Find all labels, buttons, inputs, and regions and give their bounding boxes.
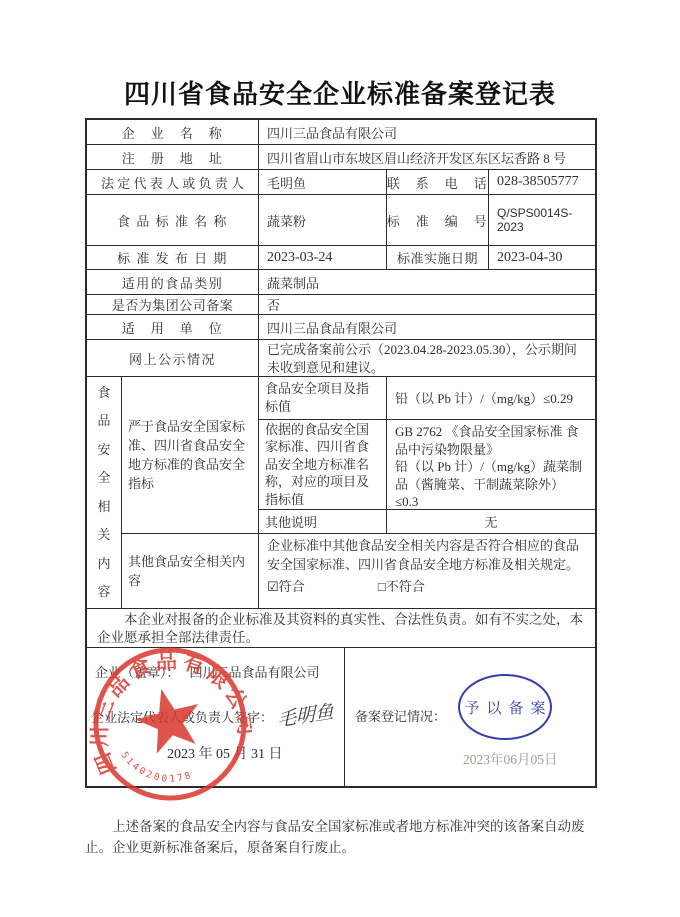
basis-value-line1: GB 2762 《食品安全国家标准 食品中污染物限量》 — [395, 423, 587, 458]
signature-section: 企业（盖章）：四川三品食品有限公司 企业法定代表人或负责人签字：毛明鱼 2023… — [87, 648, 595, 786]
signature-label: 企业法定代表人或负责人签字： — [91, 710, 273, 725]
safety-vertical-header: 食品安全相关内容 — [87, 377, 122, 608]
unit-value: 四川三品食品有限公司 — [259, 315, 595, 339]
address-label: 注 册 地 址 — [87, 145, 259, 169]
row-standard-name: 食 品 标 准 名 称 蔬菜粉 标 准 编 号 Q/SPS0014S-2023 — [87, 195, 595, 246]
stricter-rows: 食品安全项目及指标值 铅（以 Pb 计）/（mg/kg）≤0.29 依据的食品安… — [259, 377, 595, 533]
document-page: 四川省食品安全企业标准备案登记表 企 业 名 称 四川三品食品有限公司 注 册 … — [0, 0, 680, 917]
approval-stamp-date: 2023年06月05日 — [463, 748, 558, 768]
company-seal-label: 企业（盖章）： — [95, 665, 180, 680]
compliance-checkboxes: ☑符合 □不符合 — [267, 578, 587, 597]
checkbox-noncompliant: □不符合 — [378, 579, 425, 594]
standard-name-value: 蔬菜粉 — [259, 195, 387, 245]
other-safety-statement: 企业标准中其他食品安全相关内容是否符合相应的食品安全国家标准、四川省食品安全地方… — [267, 538, 579, 572]
approval-stamp-text: 予以备案 — [458, 697, 553, 718]
safety-body: 严于食品安全国家标准、四川省食品安全地方标准的食品安全指标 食品安全项目及指标值… — [122, 377, 595, 608]
row-publicity: 网上公示情况 已完成备案前公示（2023.04.28-2023.05.30），公… — [87, 340, 595, 377]
row-unit: 适 用 单 位 四川三品食品有限公司 — [87, 315, 595, 340]
declaration-text: 本企业对报备的企业标准及其资料的真实性、合法性负责。如有不实之处，本企业愿承担全… — [87, 609, 595, 647]
publish-date-value: 2023-03-24 — [259, 246, 387, 269]
basis-value-line2: 铅（以 Pb 计）/（mg/kg）蔬菜制品（酱腌菜、干制蔬菜除外）≤0.3 — [395, 458, 587, 509]
row-company: 企 业 名 称 四川三品食品有限公司 — [87, 120, 595, 145]
registration-cell: 备案登记情况： 予以备案 2023年06月05日 — [345, 648, 595, 786]
registration-form-table: 企 业 名 称 四川三品食品有限公司 注 册 地 址 四川省眉山市东坡区眉山经济… — [85, 118, 597, 788]
group-filing-value: 否 — [259, 295, 595, 314]
category-label: 适用的食品类别 — [87, 270, 259, 294]
publicity-label: 网上公示情况 — [87, 340, 259, 376]
declaration-row: 本企业对报备的企业标准及其资料的真实性、合法性负责。如有不实之处，本企业愿承担全… — [87, 609, 595, 648]
standard-no-value: Q/SPS0014S-2023 — [489, 195, 595, 245]
safety-section: 食品安全相关内容 严于食品安全国家标准、四川省食品安全地方标准的食品安全指标 食… — [87, 377, 595, 609]
safety-vertical-label: 食品安全相关内容 — [96, 379, 112, 607]
basis-label: 依据的食品安全国家标准、四川省食品安全地方标准名称，对应的项目及指标值 — [259, 420, 387, 509]
other-note-label: 其他说明 — [259, 510, 387, 533]
standard-no-label: 标 准 编 号 — [387, 195, 489, 245]
registration-label: 备案登记情况： — [355, 706, 446, 725]
project-label: 食品安全项目及指标值 — [259, 377, 387, 419]
impl-date-label: 标准实施日期 — [387, 246, 489, 269]
company-name-value: 四川三品食品有限公司 — [259, 120, 595, 144]
other-note-row: 其他说明 无 — [259, 510, 595, 533]
standard-name-label: 食 品 标 准 名 称 — [87, 195, 259, 245]
company-sign-cell: 企业（盖章）：四川三品食品有限公司 企业法定代表人或负责人签字：毛明鱼 2023… — [87, 648, 345, 786]
other-safety-group: 其他食品安全相关内容 企业标准中其他食品安全相关内容是否符合相应的食品安全国家标… — [122, 534, 595, 608]
impl-date-value: 2023-04-30 — [489, 246, 595, 269]
signature-line: 企业法定代表人或负责人签字：毛明鱼 — [91, 701, 334, 728]
row-category: 适用的食品类别 蔬菜制品 — [87, 270, 595, 295]
signature-date: 2023 年 05 月 31 日 — [167, 743, 283, 763]
company-seal-line: 企业（盖章）：四川三品食品有限公司 — [95, 662, 320, 681]
basis-value: GB 2762 《食品安全国家标准 食品中污染物限量》 铅（以 Pb 计）/（m… — [387, 420, 595, 509]
footer-note: 上述备案的食品安全内容与食品安全国家标准或者地方标准冲突的该备案自动废止。企业更… — [85, 816, 597, 858]
legal-rep-value: 毛明鱼 — [259, 170, 387, 194]
company-name-label: 企 业 名 称 — [87, 120, 259, 144]
other-safety-content: 企业标准中其他食品安全相关内容是否符合相应的食品安全国家标准、四川省食品安全地方… — [259, 534, 595, 608]
handwritten-signature: 毛明鱼 — [277, 696, 334, 732]
other-note-value: 无 — [387, 510, 595, 533]
row-dates: 标 准 发 布 日 期 2023-03-24 标准实施日期 2023-04-30 — [87, 246, 595, 270]
phone-value: 028-38505777 — [489, 170, 595, 194]
company-seal-value: 四川三品食品有限公司 — [190, 665, 320, 680]
basis-row: 依据的食品安全国家标准、四川省食品安全地方标准名称，对应的项目及指标值 GB 2… — [259, 420, 595, 510]
stricter-group: 严于食品安全国家标准、四川省食品安全地方标准的食品安全指标 食品安全项目及指标值… — [122, 377, 595, 534]
unit-label: 适 用 单 位 — [87, 315, 259, 339]
checkbox-compliant: ☑符合 — [267, 579, 305, 594]
project-row: 食品安全项目及指标值 铅（以 Pb 计）/（mg/kg）≤0.29 — [259, 377, 595, 420]
stricter-label: 严于食品安全国家标准、四川省食品安全地方标准的食品安全指标 — [122, 377, 259, 533]
publicity-value: 已完成备案前公示（2023.04.28-2023.05.30），公示期间未收到意… — [259, 340, 595, 376]
phone-label: 联 系 电 话 — [387, 170, 489, 194]
approval-stamp: 予以备案 — [458, 674, 552, 740]
publish-date-label: 标 准 发 布 日 期 — [87, 246, 259, 269]
page-title: 四川省食品安全企业标准备案登记表 — [0, 74, 680, 111]
row-address: 注 册 地 址 四川省眉山市东坡区眉山经济开发区东区坛香路 8 号 — [87, 145, 595, 170]
row-legal-rep: 法 定 代 表 人 或 负 责 人 毛明鱼 联 系 电 话 028-385057… — [87, 170, 595, 195]
category-value: 蔬菜制品 — [259, 270, 595, 294]
address-value: 四川省眉山市东坡区眉山经济开发区东区坛香路 8 号 — [259, 145, 595, 169]
row-group-filing: 是否为集团公司备案 否 — [87, 295, 595, 315]
legal-rep-label: 法 定 代 表 人 或 负 责 人 — [87, 170, 259, 194]
other-safety-label: 其他食品安全相关内容 — [122, 534, 259, 608]
project-value: 铅（以 Pb 计）/（mg/kg）≤0.29 — [387, 377, 595, 419]
group-filing-label: 是否为集团公司备案 — [87, 295, 259, 314]
